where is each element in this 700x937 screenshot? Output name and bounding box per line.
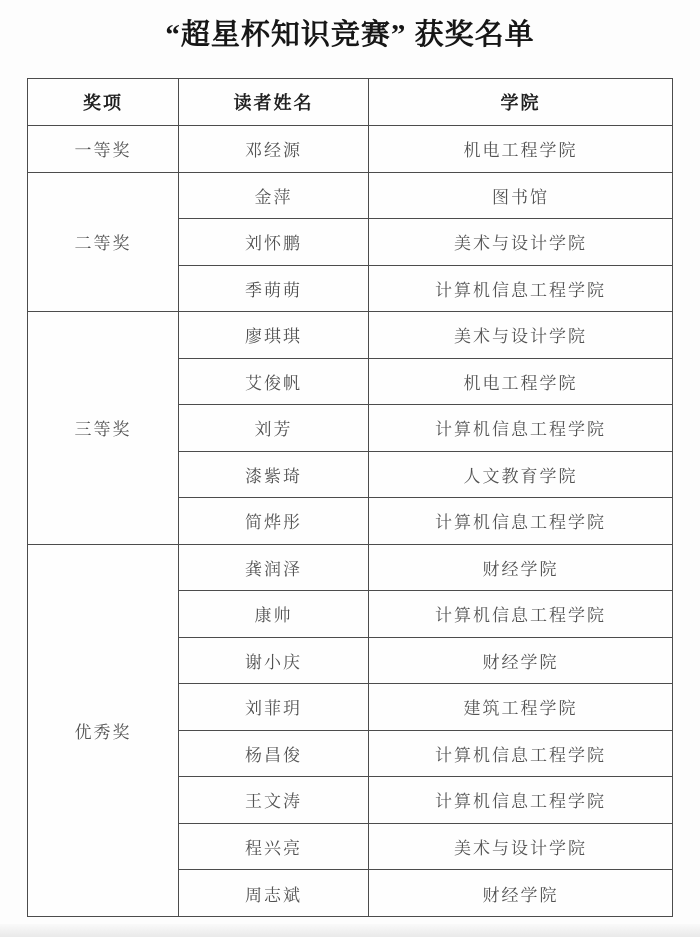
reader-name-cell: 廖琪琪 — [179, 312, 369, 359]
reader-name-cell: 康帅 — [179, 591, 369, 638]
header-reader-name: 读者姓名 — [179, 79, 369, 126]
reader-name-cell: 谢小庆 — [179, 637, 369, 684]
reader-name-cell: 漆紫琦 — [179, 451, 369, 498]
award-category-cell: 三等奖 — [28, 312, 179, 545]
reader-name-cell: 邓经源 — [179, 126, 369, 173]
college-cell: 财经学院 — [369, 637, 673, 684]
page-title: “超星杯知识竞赛” 获奖名单 — [0, 12, 700, 53]
college-cell: 计算机信息工程学院 — [369, 591, 673, 638]
awards-table-header: 奖项 读者姓名 学院 — [28, 79, 673, 126]
award-category-cell: 二等奖 — [28, 172, 179, 312]
college-cell: 美术与设计学院 — [369, 312, 673, 359]
college-cell: 财经学院 — [369, 870, 673, 917]
reader-name-cell: 简烨彤 — [179, 498, 369, 545]
reader-name-cell: 刘菲玥 — [179, 684, 369, 731]
award-category-cell: 一等奖 — [28, 126, 179, 173]
header-award-category: 奖项 — [28, 79, 179, 126]
college-cell: 美术与设计学院 — [369, 823, 673, 870]
header-row: 奖项 读者姓名 学院 — [28, 79, 673, 126]
table-row: 二等奖金萍图书馆 — [28, 172, 673, 219]
award-category-cell: 优秀奖 — [28, 544, 179, 916]
photo-edge-strip — [0, 924, 700, 937]
college-cell: 计算机信息工程学院 — [369, 265, 673, 312]
college-cell: 计算机信息工程学院 — [369, 405, 673, 452]
reader-name-cell: 艾俊帆 — [179, 358, 369, 405]
awards-table: 奖项 读者姓名 学院 一等奖邓经源机电工程学院二等奖金萍图书馆刘怀鹏美术与设计学… — [27, 78, 673, 917]
reader-name-cell: 龚润泽 — [179, 544, 369, 591]
college-cell: 人文教育学院 — [369, 451, 673, 498]
college-cell: 建筑工程学院 — [369, 684, 673, 731]
reader-name-cell: 金萍 — [179, 172, 369, 219]
reader-name-cell: 程兴亮 — [179, 823, 369, 870]
reader-name-cell: 周志斌 — [179, 870, 369, 917]
header-college: 学院 — [369, 79, 673, 126]
reader-name-cell: 杨昌俊 — [179, 730, 369, 777]
college-cell: 机电工程学院 — [369, 126, 673, 173]
table-row: 优秀奖龚润泽财经学院 — [28, 544, 673, 591]
reader-name-cell: 刘芳 — [179, 405, 369, 452]
college-cell: 财经学院 — [369, 544, 673, 591]
reader-name-cell: 王文涛 — [179, 777, 369, 824]
awards-table-body: 一等奖邓经源机电工程学院二等奖金萍图书馆刘怀鹏美术与设计学院季萌萌计算机信息工程… — [28, 126, 673, 917]
reader-name-cell: 刘怀鹏 — [179, 219, 369, 266]
college-cell: 美术与设计学院 — [369, 219, 673, 266]
college-cell: 计算机信息工程学院 — [369, 730, 673, 777]
college-cell: 计算机信息工程学院 — [369, 777, 673, 824]
reader-name-cell: 季萌萌 — [179, 265, 369, 312]
table-row: 一等奖邓经源机电工程学院 — [28, 126, 673, 173]
table-row: 三等奖廖琪琪美术与设计学院 — [28, 312, 673, 359]
college-cell: 计算机信息工程学院 — [369, 498, 673, 545]
college-cell: 机电工程学院 — [369, 358, 673, 405]
college-cell: 图书馆 — [369, 172, 673, 219]
